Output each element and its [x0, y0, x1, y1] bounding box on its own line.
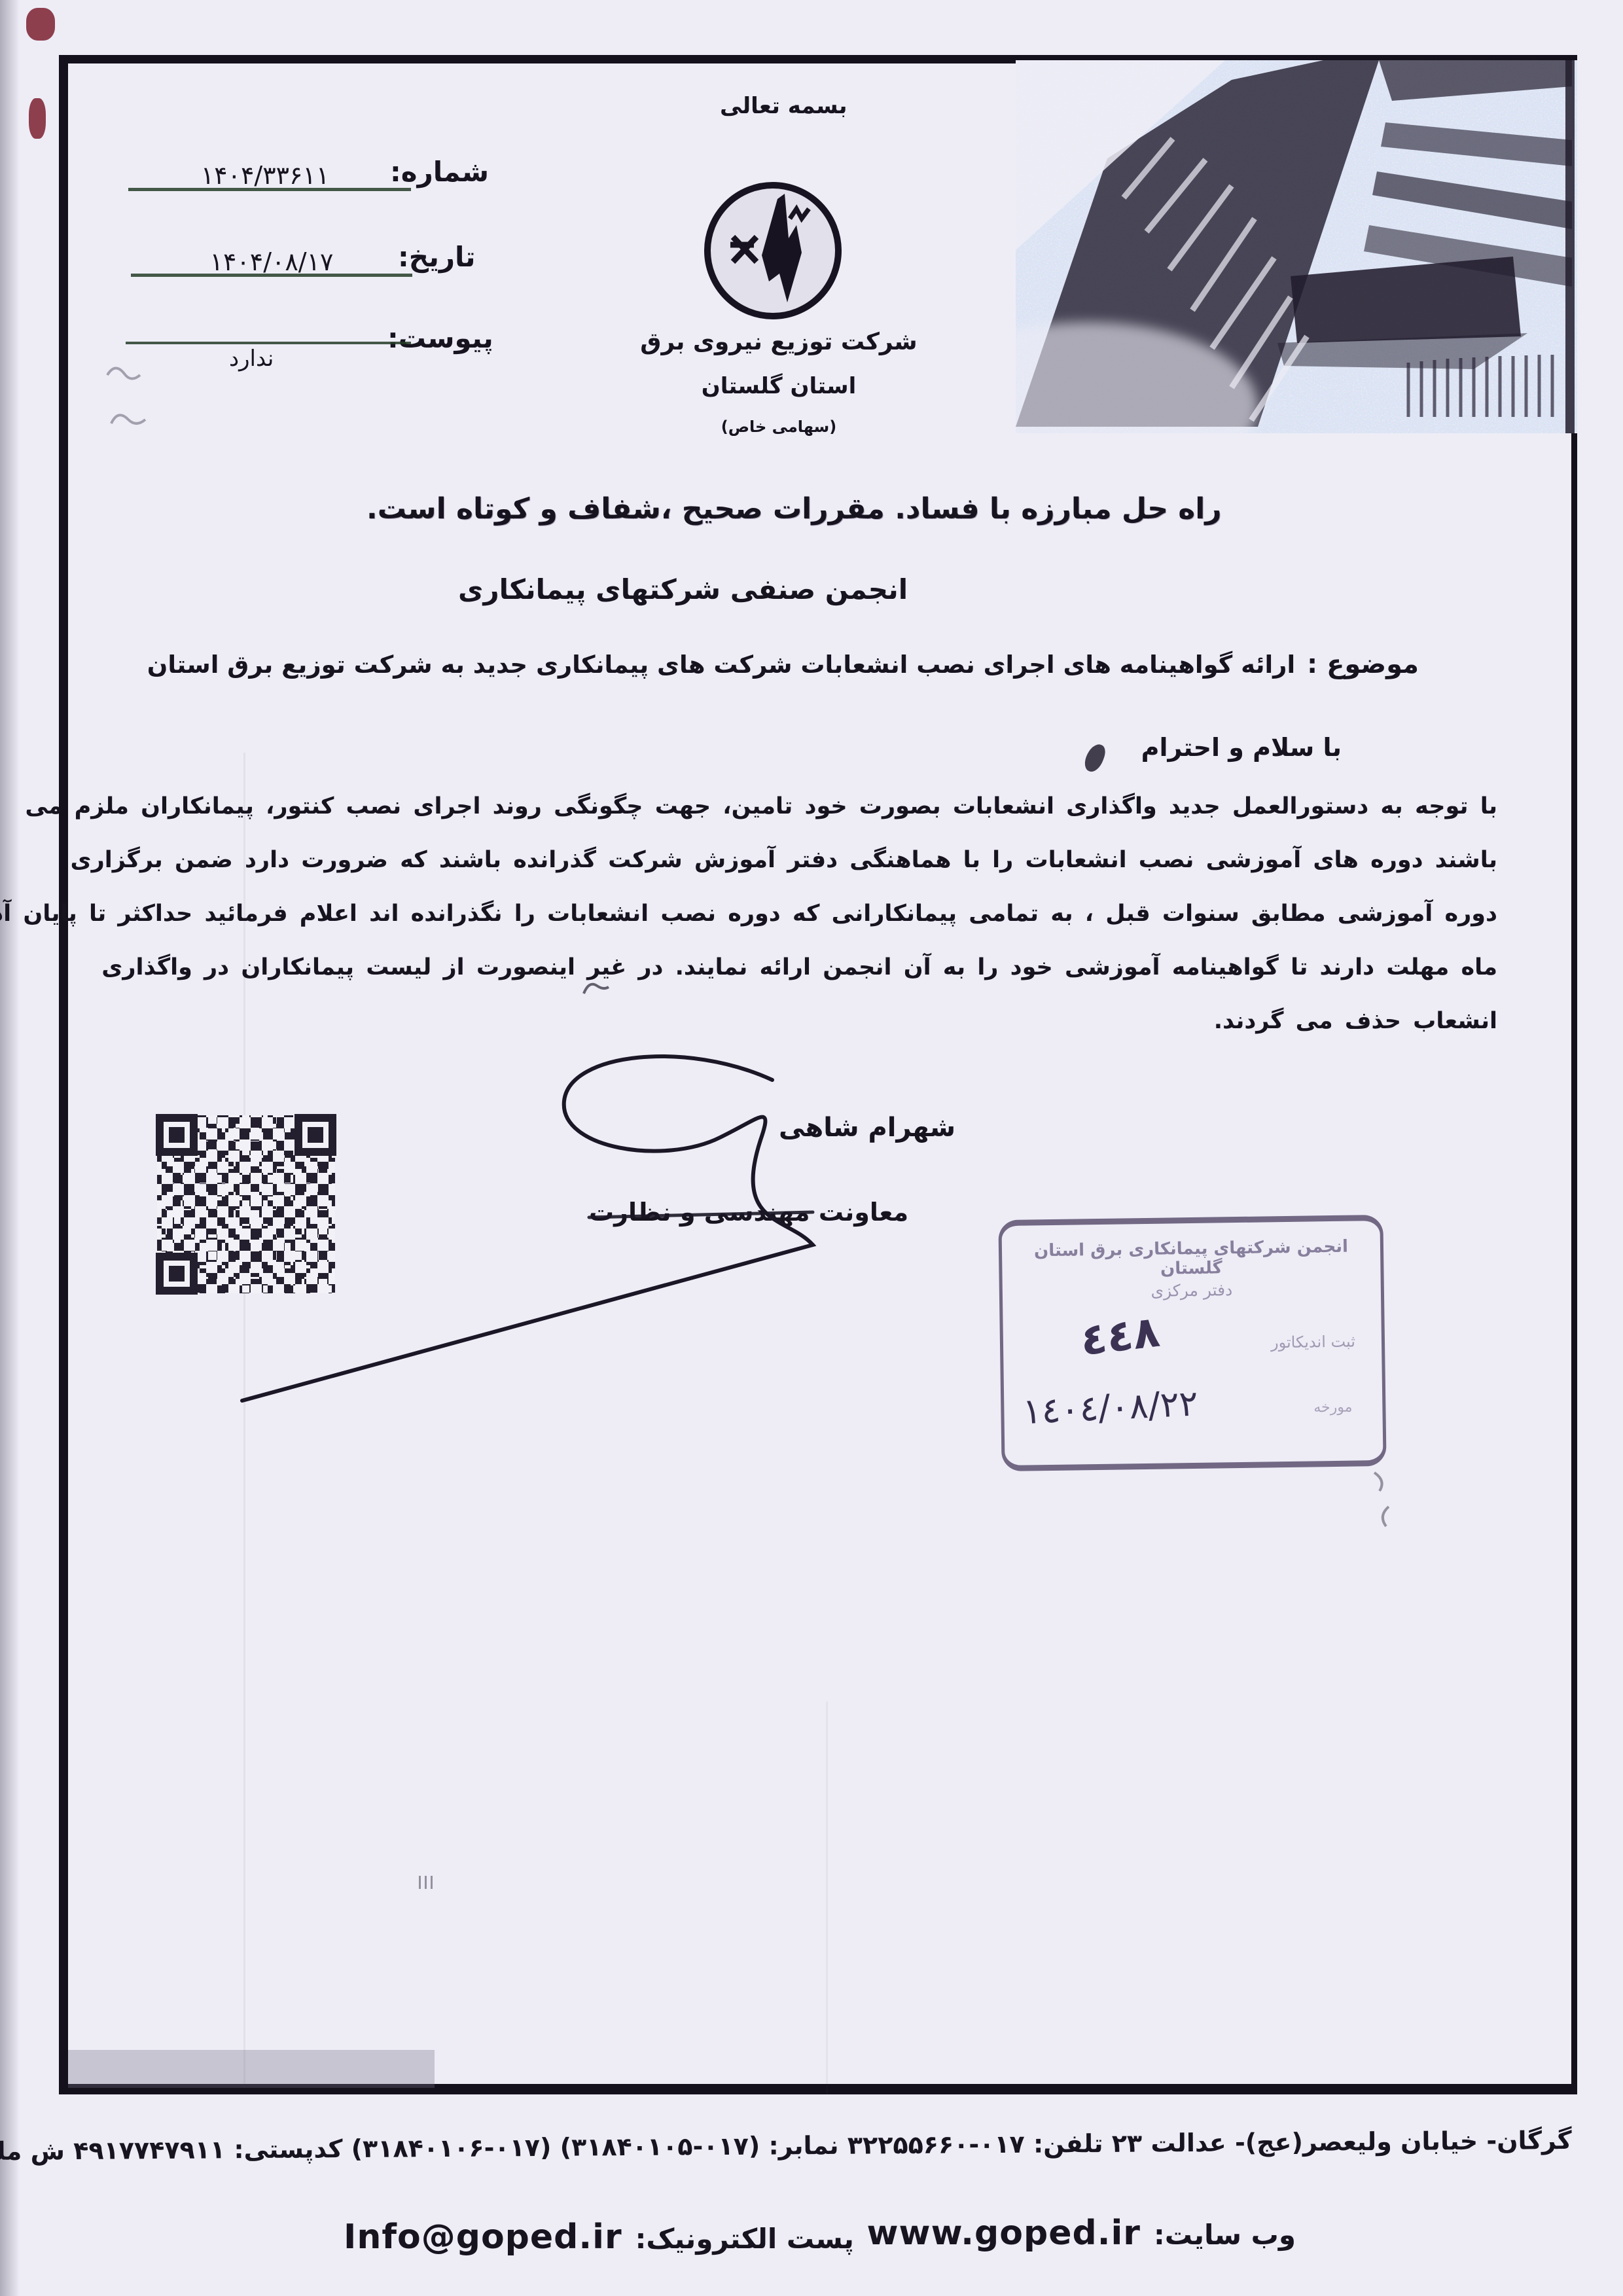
recipient-line: انجمن صنفی شرکتهای پیمانکاری [458, 573, 908, 605]
date-field-label: تاریخ: [398, 241, 476, 273]
email-label: پست الکترونیک: [635, 2223, 854, 2255]
scanned-letter-page: شماره: ۱۴۰۴/۳۳۶۱۱ تاریخ: ۱۴۰۴/۰۸/۱۷ پیوس… [0, 0, 1623, 2296]
number-field-label: شماره: [390, 156, 489, 188]
subject-line: موضوع : ارائه گواهینامه های اجرای نصب ان… [147, 649, 1419, 679]
pen-mark [419, 1876, 436, 1889]
pen-mark [1361, 1466, 1407, 1538]
scan-smudge [68, 2050, 435, 2088]
body-line-1: با توجه به دستورالعمل جدید واگذاری انشعا… [25, 793, 1497, 819]
number-field-rule [128, 188, 411, 191]
body-line-3: دوره آموزشی مطابق سنوات قبل ، به تمامی پ… [0, 901, 1497, 927]
subject-text: ارائه گواهینامه های اجرای نصب انشعابات ش… [147, 651, 1295, 679]
attachment-field-label: پیوست: [387, 322, 493, 354]
anticorruption-slogan: راه حل مبارزه با فساد. مقررات صحیح ،شفاف… [366, 492, 1222, 526]
handwritten-signature [196, 1041, 949, 1420]
footer-website: وب سایت: www.goped.ir [867, 2214, 1296, 2253]
red-ink-mark [26, 8, 55, 41]
bismillah-text: بسمه تعالی [720, 93, 847, 119]
stamp-organization: انجمن شرکتهای پیمانکاری برق استان گلستان [1002, 1236, 1381, 1281]
stamp-date-value: ١٤٠٤/٠٨/٢٢ [1022, 1382, 1199, 1432]
email-address: Info@goped.ir [344, 2217, 622, 2257]
attachment-field-value: ندارد [229, 346, 274, 372]
body-line-5: انشعاب حذف می گردند. [1214, 1008, 1497, 1034]
date-field-rule [131, 274, 412, 277]
pen-scribble [98, 357, 203, 448]
fold-line [243, 753, 245, 2088]
website-label: وب سایت: [1154, 2219, 1296, 2251]
date-field-value: ۱۴۰۴/۰۸/۱۷ [141, 247, 402, 276]
fold-line [826, 1702, 828, 2094]
qr-finder-icon [156, 1253, 198, 1295]
company-name-line2: استان گلستان [609, 373, 949, 399]
footer-email: پست الکترونیک: Info@goped.ir [344, 2217, 854, 2257]
scan-edge-shadow [0, 0, 20, 2296]
stamp-office: دفتر مرکزی [1003, 1278, 1381, 1302]
footer-address-line: گرگان- خیابان ولیعصر(عج)- عدالت ۲۳ تلفن:… [0, 2126, 1572, 2167]
subject-label: موضوع : [1307, 649, 1419, 679]
stamp-date-label: مورخه [1313, 1399, 1353, 1416]
body-line-4: ماه مهلت دارند تا گواهینامه آموزشی خود ر… [101, 954, 1497, 980]
red-ink-mark [29, 98, 46, 139]
body-line-2: باشند دوره های آموزشی نصب انشعابات را با… [71, 847, 1497, 873]
company-name-line1: شرکت توزیع نیروی برق [609, 329, 949, 355]
stamp-indicator-label: ثبت اندیکاتور [1271, 1333, 1355, 1352]
building-photo [1016, 60, 1577, 433]
attachment-field-rule [126, 342, 411, 344]
website-url: www.goped.ir [867, 2214, 1141, 2253]
qr-finder-icon [156, 1114, 198, 1156]
pen-mark [581, 979, 611, 996]
company-logo-icon [698, 175, 848, 326]
registration-stamp: انجمن شرکتهای پیمانکاری برق استان گلستان… [998, 1215, 1386, 1471]
salutation-line: با سلام و احترام [1141, 733, 1342, 762]
number-field-value: ۱۴۰۴/۳۳۶۱۱ [134, 161, 396, 190]
stamp-indicator-number: ٤٤٨ [1078, 1306, 1162, 1366]
company-name-line3: (سهامی خاص) [609, 418, 949, 436]
